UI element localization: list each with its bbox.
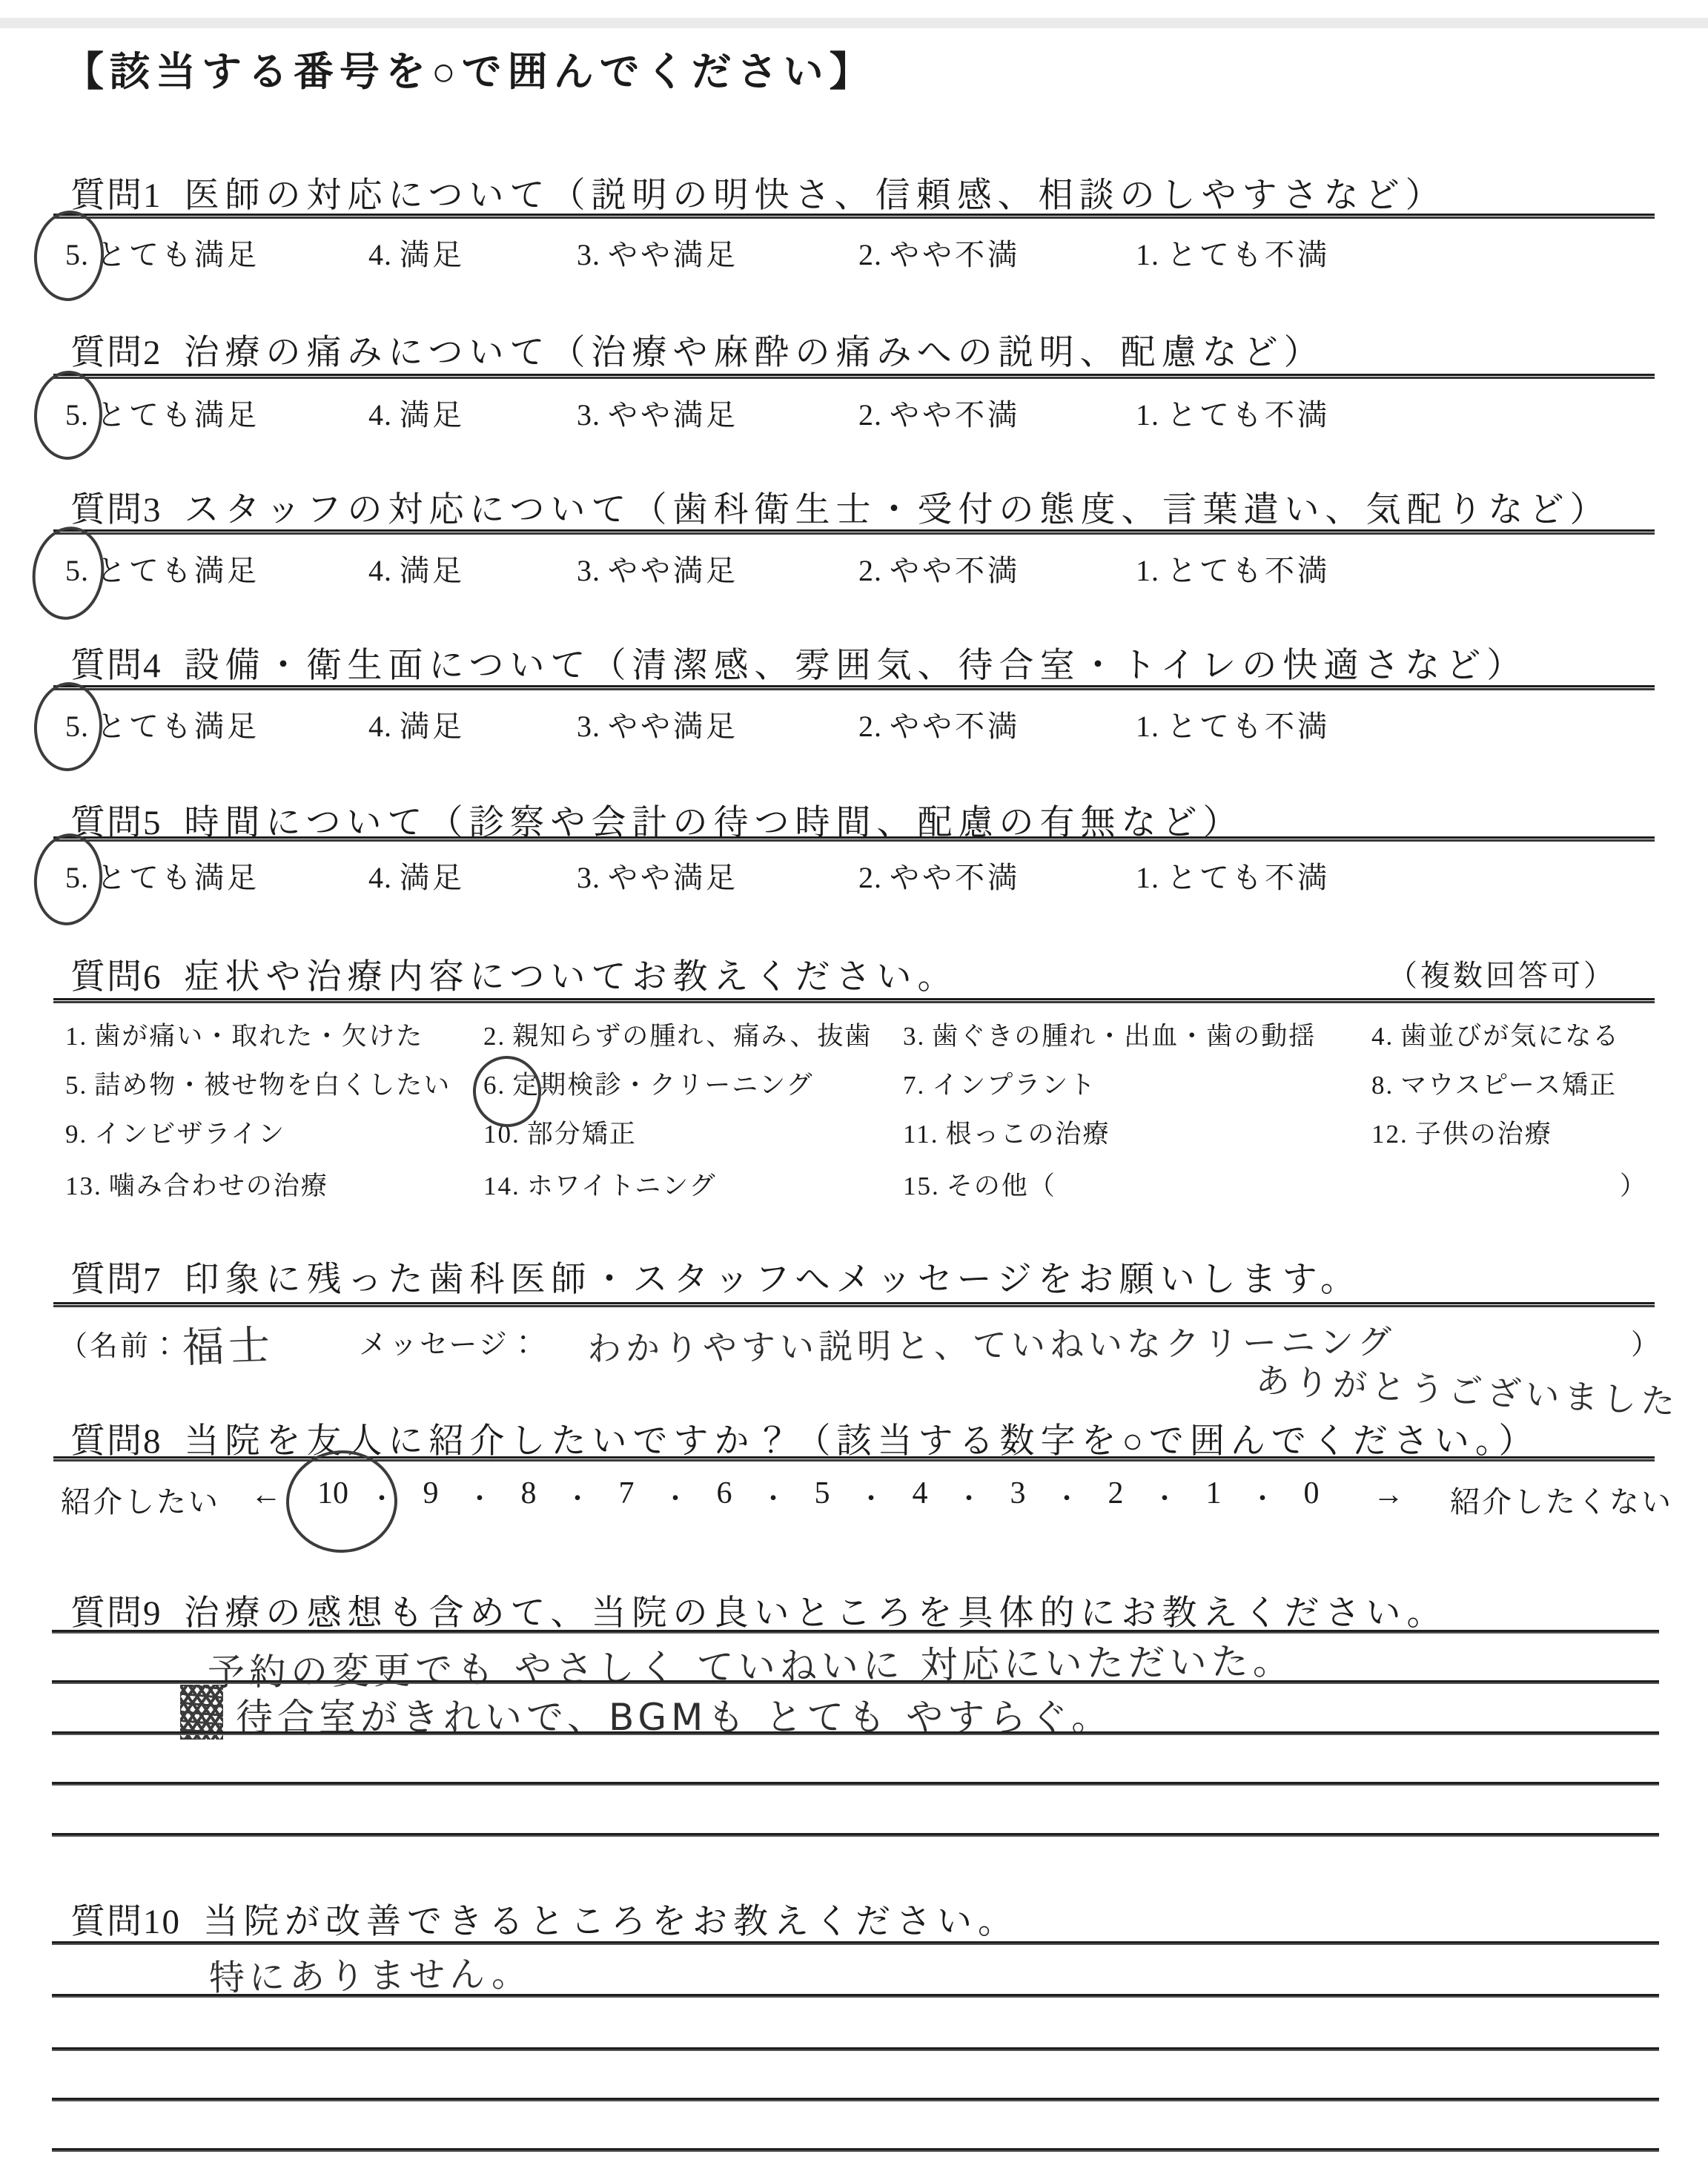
question-7-title: 印象に残った歯科医師・スタッフへメッセージをお願いします。 — [185, 1261, 1361, 1299]
option-4-label: 満足 — [400, 861, 465, 894]
option-5-label: とても満足 — [96, 238, 259, 271]
question-2-option-4: 4.満足 — [368, 392, 465, 434]
question-9-header: 質問9治療の感想も含めて、当院の良いところを具体的にお教えください。 — [70, 1585, 1448, 1635]
question-10-answer-rule-3 — [52, 2047, 1659, 2051]
question-3-number: 質問3 — [70, 491, 162, 529]
question-3-option-1: 1.とても不満 — [1136, 547, 1330, 589]
question-9-number: 質問9 — [70, 1594, 162, 1633]
option-1-label: とても不満 — [1167, 861, 1330, 894]
option-4-number: 4. — [368, 554, 392, 587]
dot-separator: ・ — [455, 1476, 504, 1516]
question-4-number: 質問4 — [70, 647, 162, 685]
dot-separator: ・ — [553, 1476, 602, 1516]
question-7-rule — [53, 1302, 1655, 1307]
question-6-header: 質問6症状や治療内容についてお教えください。 — [70, 949, 959, 999]
question-8-number-9: 9 — [406, 1476, 455, 1516]
question-6-rule — [53, 998, 1655, 1003]
question-2-rule — [53, 374, 1655, 379]
question-6-item-4: 4.歯並びが気になる — [1371, 1016, 1620, 1053]
question-8-header: 質問8当院を友人に紹介したいですか？（該当する数字を○で囲んでください。） — [70, 1413, 1539, 1463]
option-3-number: 3. — [577, 554, 600, 587]
dot-separator: ・ — [944, 1476, 993, 1516]
option-4-label: 満足 — [400, 554, 465, 587]
question-10-answer-handwritten: 特にありません。 — [209, 1945, 532, 2001]
option-2-number: 2. — [858, 554, 882, 587]
question-9-answer-line1-handwritten: 予約の変更でも やさしく ていねいに 対応にいただいた。 — [208, 1631, 1294, 1696]
question-6-item-3: 3.歯ぐきの腫れ・出血・歯の動揺 — [903, 1016, 1316, 1053]
question-6-item-2: 2.親知らずの腫れ、痛み、抜歯 — [483, 1016, 872, 1053]
question-4-header: 質問4設備・衛生面について（清潔感、雰囲気、待合室・トイレの快適さなど） — [70, 638, 1527, 687]
question-5-rule — [53, 836, 1655, 842]
question-3-rule — [53, 529, 1655, 535]
question-3-options: 5.とても満足 4.満足 3.やや満足 2.やや不満 1.とても不満 — [0, 547, 1708, 595]
question-2-header: 質問2治療の痛みについて（治療や麻酔の痛みへの説明、配慮など） — [70, 325, 1325, 374]
dot-separator: ・ — [1042, 1476, 1091, 1516]
option-4-label: 満足 — [400, 238, 465, 271]
question-1-option-3: 3.やや満足 — [577, 231, 738, 274]
question-5-option-2: 2.やや不満 — [858, 854, 1020, 896]
option-5-label: とても満足 — [96, 861, 259, 894]
option-5-label: とても満足 — [96, 710, 259, 743]
question-6-item-12: 12.子供の治療 — [1371, 1114, 1552, 1151]
question-2-option-2: 2.やや不満 — [858, 392, 1020, 434]
question-1-selection-circle — [31, 208, 107, 303]
question-7-close-paren: ） — [1631, 1321, 1661, 1362]
question-6-item-8: 8.マウスピース矯正 — [1371, 1065, 1617, 1102]
question-6-item-1: 1.歯が痛い・取れた・欠けた — [65, 1016, 423, 1053]
question-2-option-3: 3.やや満足 — [577, 392, 738, 434]
question-8-number-6: 6 — [700, 1476, 749, 1516]
option-1-label: とても不満 — [1167, 238, 1330, 271]
question-8-number-7: 7 — [602, 1476, 651, 1516]
option-1-label: とても不満 — [1167, 710, 1330, 743]
option-2-label: やや不満 — [890, 554, 1020, 587]
option-1-number: 1. — [1136, 861, 1159, 894]
option-1-label: とても不満 — [1167, 398, 1330, 432]
question-6-item-15: 15.その他（ — [903, 1166, 1056, 1203]
question-9-answer-rule-5 — [52, 1833, 1659, 1837]
question-3-option-2: 2.やや不満 — [858, 547, 1020, 589]
question-5-option-3: 3.やや満足 — [577, 854, 738, 896]
question-1-title: 医師の対応について（説明の明快さ、信頼感、相談のしやすさなど） — [185, 176, 1446, 215]
option-4-label: 満足 — [400, 710, 465, 743]
question-7-number: 質問7 — [70, 1261, 162, 1299]
left-arrow-icon: ← — [251, 1477, 282, 1513]
option-4-number: 4. — [368, 861, 392, 894]
option-4-label: 満足 — [400, 398, 465, 432]
option-1-number: 1. — [1136, 710, 1159, 743]
option-2-label: やや不満 — [890, 861, 1020, 894]
option-1-number: 1. — [1136, 238, 1159, 271]
question-6-item-14: 14.ホワイトニング — [483, 1166, 717, 1203]
option-4-number: 4. — [368, 710, 392, 743]
question-1-option-1: 1.とても不満 — [1136, 231, 1330, 274]
question-8-number: 質問8 — [70, 1422, 162, 1461]
option-3-number: 3. — [577, 861, 600, 894]
question-2-number: 質問2 — [70, 334, 162, 372]
question-6-number: 質問6 — [70, 958, 162, 997]
question-9-answer-rule-4 — [52, 1782, 1659, 1786]
option-1-label: とても不満 — [1167, 554, 1330, 587]
question-1-option-4: 4.満足 — [368, 231, 465, 274]
question-9-answer-rule-1 — [52, 1630, 1659, 1634]
question-8-title: 当院を友人に紹介したいですか？（該当する数字を○で囲んでください。） — [185, 1422, 1540, 1461]
dot-separator: ・ — [1238, 1476, 1287, 1516]
option-3-label: やや満足 — [608, 238, 738, 271]
question-8-number-3: 3 — [993, 1476, 1042, 1516]
question-6-item-13: 13.噛み合わせの治療 — [65, 1166, 328, 1203]
option-2-label: やや不満 — [890, 398, 1020, 432]
question-6-multi-answer-note: （複数回答可） — [1388, 952, 1616, 994]
dot-separator: ・ — [847, 1476, 896, 1516]
question-9-answer-rule-2 — [52, 1680, 1659, 1684]
question-3-selection-circle — [27, 522, 110, 624]
question-6-item-11: 11.根っこの治療 — [903, 1114, 1110, 1151]
option-2-number: 2. — [858, 398, 882, 432]
option-3-label: やや満足 — [608, 554, 738, 587]
question-8-number-1: 1 — [1189, 1476, 1238, 1516]
question-6-item-7: 7.インプラント — [903, 1065, 1096, 1102]
question-3-header: 質問3スタッフの対応について（歯科衛生士・受付の態度、言葉遣い、気配りなど） — [70, 482, 1611, 532]
option-3-number: 3. — [577, 710, 600, 743]
question-10-answer-rule-1 — [52, 1941, 1659, 1945]
option-5-label: とても満足 — [96, 398, 259, 432]
question-9-answer-rule-3 — [52, 1731, 1659, 1735]
question-4-option-4: 4.満足 — [368, 703, 465, 745]
question-10-number: 質問10 — [70, 1903, 181, 1941]
question-10-answer-rule-4 — [52, 2098, 1659, 2101]
dot-separator: ・ — [749, 1476, 798, 1516]
question-7-header: 質問7印象に残った歯科医師・スタッフへメッセージをお願いします。 — [70, 1252, 1361, 1301]
question-6-title: 症状や治療内容についてお教えください。 — [185, 958, 959, 997]
question-10-answer-rule-5 — [52, 2148, 1659, 2152]
question-9-title: 治療の感想も含めて、当院の良いところを具体的にお教えください。 — [185, 1594, 1448, 1633]
question-4-option-2: 2.やや不満 — [858, 703, 1020, 745]
scan-artifact-band — [0, 18, 1708, 28]
question-4-option-1: 1.とても不満 — [1136, 703, 1330, 745]
option-2-number: 2. — [858, 710, 882, 743]
question-1-rule — [53, 214, 1655, 219]
question-8-number-4: 4 — [896, 1476, 944, 1516]
option-3-number: 3. — [577, 238, 600, 271]
question-4-title: 設備・衛生面について（清潔感、雰囲気、待合室・トイレの快適さなど） — [185, 647, 1528, 685]
question-10-header: 質問10当院が改善できるところをお教えください。 — [70, 1894, 1019, 1943]
question-3-title: スタッフの対応について（歯科衛生士・受付の態度、言葉遣い、気配りなど） — [185, 491, 1611, 529]
question-7-name-value-handwritten: 福士 — [182, 1312, 276, 1375]
question-5-option-4: 4.満足 — [368, 854, 465, 896]
right-arrow-icon: → — [1373, 1477, 1404, 1513]
question-2-selection-circle — [33, 369, 104, 460]
option-1-number: 1. — [1136, 554, 1159, 587]
option-3-number: 3. — [577, 398, 600, 432]
question-5-option-1: 1.とても不満 — [1136, 854, 1330, 896]
question-6-item-9: 9.インビザライン — [65, 1114, 285, 1151]
option-2-number: 2. — [858, 861, 882, 894]
question-8-right-label: 紹介したくない — [1450, 1479, 1673, 1521]
question-8-rule — [53, 1456, 1655, 1462]
question-8-number-8: 8 — [504, 1476, 553, 1516]
option-4-number: 4. — [368, 238, 392, 271]
question-1-header: 質問1医師の対応について（説明の明快さ、信頼感、相談のしやすさなど） — [70, 168, 1446, 217]
option-3-label: やや満足 — [608, 398, 738, 432]
question-1-options: 5.とても満足 4.満足 3.やや満足 2.やや不満 1.とても不満 — [0, 231, 1708, 279]
question-4-rule — [53, 685, 1655, 690]
question-1-number: 質問1 — [70, 176, 162, 215]
option-2-label: やや不満 — [890, 238, 1020, 271]
option-2-number: 2. — [858, 238, 882, 271]
question-8-selection-circle — [283, 1447, 400, 1556]
question-8-number-2: 2 — [1091, 1476, 1140, 1516]
scanned-survey-form: 【該当する番号を○で囲んでください】 質問1医師の対応について（説明の明快さ、信… — [0, 0, 1708, 2160]
question-2-option-1: 1.とても不満 — [1136, 392, 1330, 434]
question-6-item-5: 5.詰め物・被せ物を白くしたい — [65, 1065, 451, 1102]
question-3-option-3: 3.やや満足 — [577, 547, 738, 589]
question-4-option-3: 3.やや満足 — [577, 703, 738, 745]
question-10-title: 当院が改善できるところをお教えください。 — [203, 1903, 1019, 1941]
option-1-number: 1. — [1136, 398, 1159, 432]
option-2-label: やや不満 — [890, 710, 1020, 743]
question-1-option-2: 2.やや不満 — [858, 231, 1020, 274]
question-3-option-4: 4.満足 — [368, 547, 465, 589]
question-7-message-label: メッセージ： — [359, 1321, 540, 1362]
question-5-options: 5.とても満足 4.満足 3.やや満足 2.やや不満 1.とても不満 — [0, 854, 1708, 902]
question-8-left-label: 紹介したい — [61, 1479, 220, 1521]
question-10-answer-rule-2 — [52, 1994, 1659, 1998]
question-8-number-0: 0 — [1287, 1476, 1336, 1516]
form-title: 【該当する番号を○で囲んでください】 — [64, 40, 875, 97]
question-7-name-label: （名前： — [59, 1323, 181, 1364]
option-3-label: やや満足 — [608, 710, 738, 743]
dot-separator: ・ — [1140, 1476, 1189, 1516]
dot-separator: ・ — [651, 1476, 700, 1516]
question-2-options: 5.とても満足 4.満足 3.やや満足 2.やや不満 1.とても不満 — [0, 392, 1708, 439]
question-2-title: 治療の痛みについて（治療や麻酔の痛みへの説明、配慮など） — [185, 334, 1325, 372]
option-4-number: 4. — [368, 398, 392, 432]
question-5-selection-circle — [30, 830, 106, 928]
option-3-label: やや満足 — [608, 861, 738, 894]
question-4-options: 5.とても満足 4.満足 3.やや満足 2.やや不満 1.とても不満 — [0, 703, 1708, 750]
question-4-selection-circle — [32, 681, 105, 773]
option-5-label: とても満足 — [96, 554, 259, 587]
question-8-number-5: 5 — [798, 1476, 847, 1516]
question-6-other-close-paren: ） — [1620, 1166, 1647, 1203]
question-8-number-scale: 10 ・ 9 ・ 8 ・ 7 ・ 6 ・ 5 ・ 4 ・ 3 ・ 2 ・ 1 ・… — [308, 1476, 1336, 1516]
